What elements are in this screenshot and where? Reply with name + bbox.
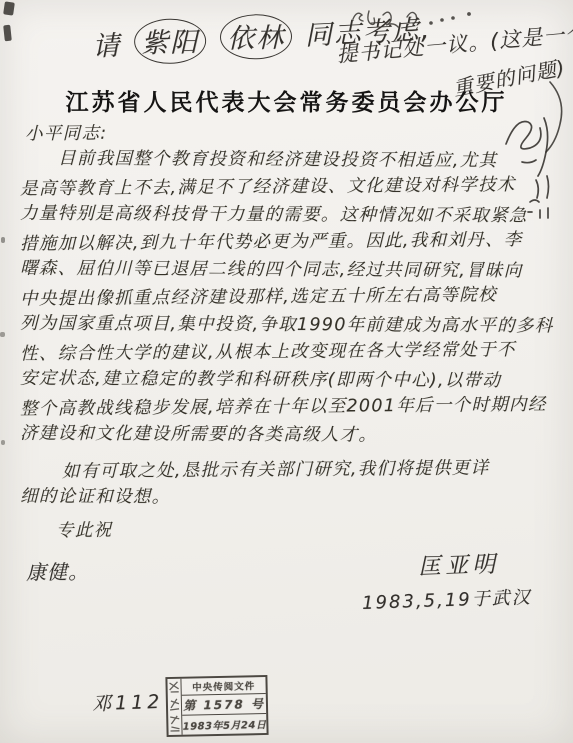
stamp-number: 第 1578 号 bbox=[182, 694, 266, 716]
letter-body-line: 如有可取之处,恳批示有关部门研究,我们将提供更详 bbox=[20, 455, 568, 487]
letter-body-line: 列为国家重点项目,集中投资,争取1990年前建成为高水平的多科 bbox=[20, 310, 568, 340]
circled-name-yilin: 依林 bbox=[220, 14, 293, 60]
filing-note: 邓112 bbox=[92, 687, 164, 716]
letter-body-line: 措施加以解决,到九十年代势必更为严重。因此,我和刘丹、李 bbox=[20, 227, 568, 259]
stamp-rows: 中央传阅文件 第 1578 号 1983年5月24日 bbox=[182, 677, 267, 735]
letter-body-line: 目前我国整个教育投资和经济建设投资不相适应,尤其 bbox=[20, 145, 568, 175]
letterhead-title: 江苏省人民代表大会常务委员会办公厅 bbox=[0, 84, 573, 117]
scan-artifact bbox=[3, 1, 15, 15]
scan-artifact bbox=[3, 25, 12, 42]
circled-name-ziyang: 紫阳 bbox=[133, 18, 206, 64]
parenthesis-stroke bbox=[540, 80, 570, 155]
letter-body-line: 力量特别是高级科技骨干力量的需要。这种情况如不采取紧急 bbox=[20, 200, 568, 230]
salutation-line: 小平同志: bbox=[20, 117, 568, 149]
signature-date-place: 1983,5,19于武汉 bbox=[362, 583, 532, 615]
scan-artifact bbox=[1, 440, 5, 445]
letter-body-line: 济建设和文化建设所需要的各类高级人才。 bbox=[20, 420, 568, 450]
letter-body-line: 曙森、屈伯川等已退居二线的四个同志,经过共同研究,冒昧向 bbox=[20, 255, 568, 285]
letter-body-line: 整个高教战线稳步发展,培养在十年以至2001年后一个时期内经 bbox=[20, 392, 568, 424]
scan-artifact bbox=[0, 332, 5, 337]
closing-wish: 康健。 bbox=[26, 555, 89, 585]
letter-body-line: 性、综合性大学的建议,从根本上改变现在各大学经常处于不 bbox=[20, 337, 568, 369]
letter-body-line: 中央提出像抓重点经济建设那样,选定五十所左右高等院校 bbox=[20, 282, 568, 314]
instruction-prefix: 请 bbox=[92, 30, 123, 62]
letter-body-line: 专此祝 bbox=[20, 514, 568, 546]
letter-body-line: 安定状态,建立稳定的教学和科研秩序(即两个中心),以带动 bbox=[20, 365, 568, 395]
stamp-side-illegible-marks bbox=[167, 679, 181, 735]
letter-body-line: 细的论证和设想。 bbox=[20, 483, 568, 513]
letter-body: 小平同志: 目前我国整个教育投资和经济建设投资不相适应,尤其 是高等教育上不去,… bbox=[20, 119, 568, 544]
stamp-title: 中央传阅文件 bbox=[182, 677, 266, 696]
receipt-stamp: 中央传阅文件 第 1578 号 1983年5月24日 bbox=[165, 675, 268, 737]
signature-name: 匡亚明 bbox=[417, 546, 499, 582]
stamp-date: 1983年5月24日 bbox=[182, 714, 266, 735]
letter-body-line: 是高等教育上不去,满足不了经济建设、文化建设对科学技术 bbox=[20, 172, 568, 204]
scan-artifact bbox=[1, 237, 5, 243]
stamp-side-column bbox=[167, 679, 182, 735]
scanned-letter-page: 请 紫阳 依林 同志考虑, 提书记处一议。(这是一个很 重要的问题) 江苏省人民… bbox=[0, 0, 573, 743]
